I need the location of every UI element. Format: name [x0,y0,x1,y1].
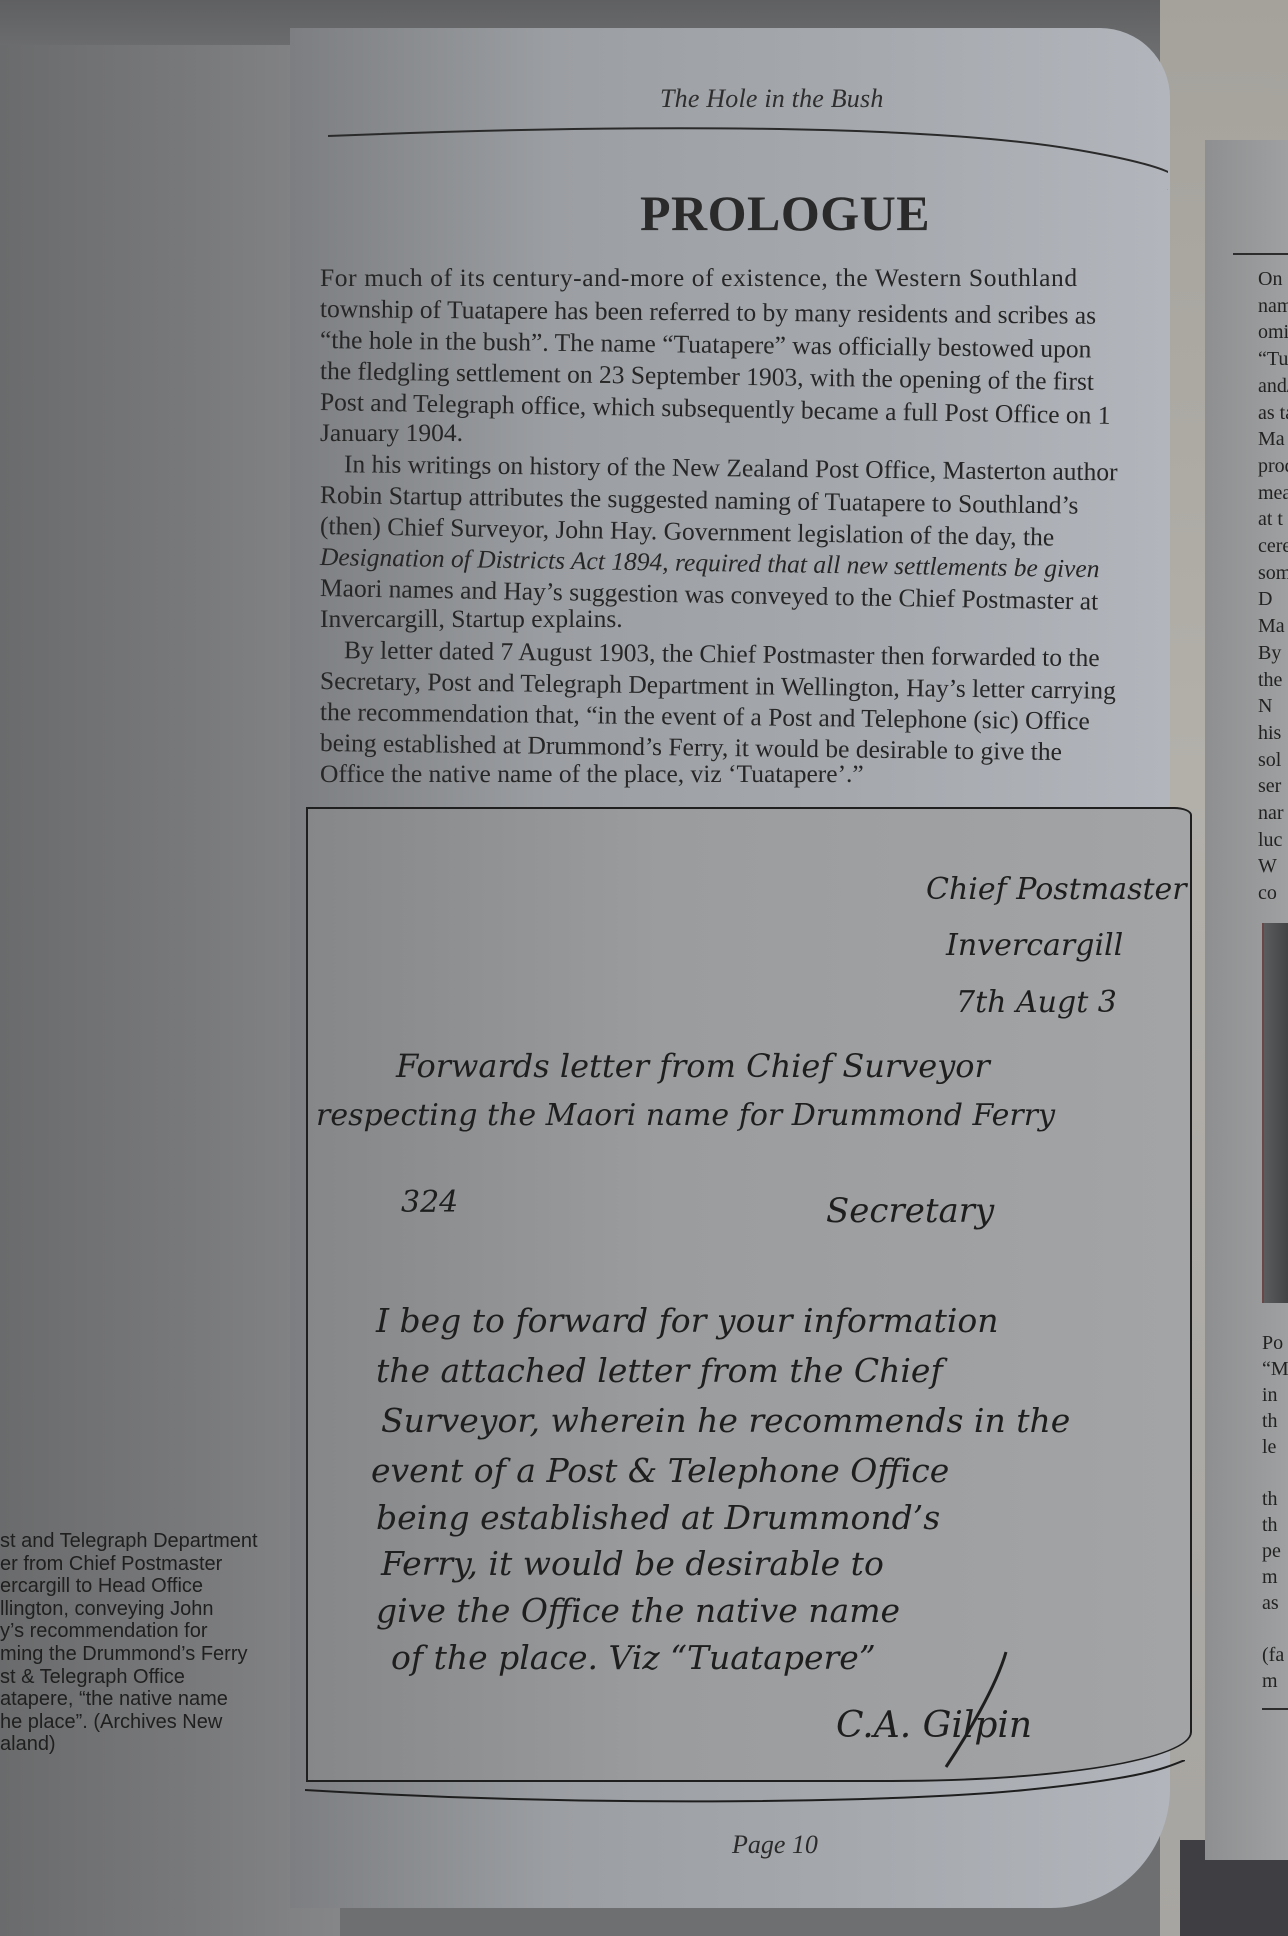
fragment-line: On [1258,266,1288,293]
letter-header-line: 7th Augt 3 [956,985,1117,1020]
paragraph-3: By letter dated 7 August 1903, the Chief… [320,634,1200,789]
fragment-line: in [1262,1382,1288,1408]
fragment-line: Po [1262,1330,1288,1356]
next-page-rule-bottom [1262,1708,1288,1710]
fragment-line: th [1262,1512,1288,1538]
caption-line: atapere, “the native name [0,1688,280,1711]
fragment-line: Ma [1258,426,1288,453]
fragment-line: cere [1258,533,1288,560]
fragment-line: his [1258,720,1288,747]
fragment-line: ser [1258,773,1288,800]
fragment-line: omis [1258,319,1288,346]
paragraph-2: In his writings on history of the New Ze… [320,448,1200,634]
fragment-line: m [1262,1668,1288,1694]
fragment-line: th [1262,1408,1288,1434]
next-page-photo [1262,923,1288,1303]
fragment-line: name [1258,293,1288,320]
caption-line: llington, conveying John [0,1598,280,1621]
fragment-line: By [1258,640,1288,667]
header-rule [328,110,1168,190]
letter-reference: 324 [401,1185,458,1220]
letter-header-line: Invercargill [945,928,1123,963]
letter-body-line: the attached letter from the Chief [376,1351,948,1390]
fragment-line: at t [1258,506,1288,533]
fragment-line [1262,1460,1288,1486]
letter-body-line: of the place. Viz “Tuatapere” [391,1638,876,1677]
letter-body-line: Surveyor, wherein he recommends in the [381,1401,1070,1440]
letter-subject-line: respecting the Maori name for Drummond F… [316,1098,1056,1133]
fragment-line: W [1258,853,1288,880]
caption-line: y’s recommendation for [0,1620,280,1643]
fragment-line: luc [1258,827,1288,854]
fragment-line: sol [1258,747,1288,774]
fragment-line: prod [1258,453,1288,480]
fragment-line: Ma [1258,613,1288,640]
text-line: For much of its century-and-more of exis… [320,262,1200,293]
fragment-line: the [1258,667,1288,694]
paragraph-1: For much of its century-and-more of exis… [320,262,1200,448]
next-page-text: Onnameomis“Tuaand/as taMaprodmeaat tcere… [1258,266,1288,907]
fragment-line: and/ [1258,373,1288,400]
page-number: Page 10 [732,1830,818,1860]
caption-line: ercargill to Head Office [0,1575,280,1598]
photo-caption: st and Telegraph Department er from Chie… [0,1530,280,1756]
caption-line: he place”. (Archives New [0,1711,280,1734]
letter-signature: C.A. Gilpin [836,1705,1032,1746]
fragment-line: (fa [1262,1642,1288,1668]
fragment-line: som [1258,560,1288,587]
fragment-line: le [1262,1434,1288,1460]
caption-line: st and Telegraph Department [0,1530,280,1553]
fragment-line: co [1258,880,1288,907]
fragment-line: N [1258,693,1288,720]
fragment-line: pe [1262,1538,1288,1564]
fragment-line: m [1262,1564,1288,1590]
handwritten-letter-image: Chief Postmaster Invercargill 7th Augt 3… [306,807,1192,1782]
letter-body-line: I beg to forward for your information [375,1301,999,1340]
caption-line: aland) [0,1733,280,1756]
letter-body-line: Ferry, it would be desirable to [380,1544,884,1583]
fragment-line: “Tua [1258,346,1288,373]
letter-header-line: Chief Postmaster [926,872,1188,907]
fragment-line [1262,1616,1288,1642]
caption-line: ming the Drummond’s Ferry [0,1643,280,1666]
fragment-line: as ta [1258,400,1288,427]
fragment-line: nar [1258,800,1288,827]
letter-subject-line: Forwards letter from Chief Surveyor [395,1047,992,1085]
letter-body-line: give the Office the native name [376,1591,900,1630]
fragment-line: th [1262,1486,1288,1512]
footer-rule [305,1760,1185,1820]
letter-body-line: being established at Drummond’s [376,1498,940,1537]
caption-line: st & Telegraph Office [0,1666,280,1689]
fragment-line: mea [1258,480,1288,507]
body-text: For much of its century-and-more of exis… [320,262,1200,789]
next-page-text-lower: Po“Minthle ththpemas (fam [1262,1330,1288,1694]
fragment-line: D [1258,586,1288,613]
fragment-line: as [1262,1590,1288,1616]
fragment-line: “M [1262,1356,1288,1382]
next-page-rule [1233,253,1288,255]
letter-body-line: event of a Post & Telephone Office [371,1451,949,1490]
letter-addressee: Secretary [826,1191,995,1231]
caption-line: er from Chief Postmaster [0,1553,280,1576]
chapter-title: PROLOGUE [640,184,930,242]
